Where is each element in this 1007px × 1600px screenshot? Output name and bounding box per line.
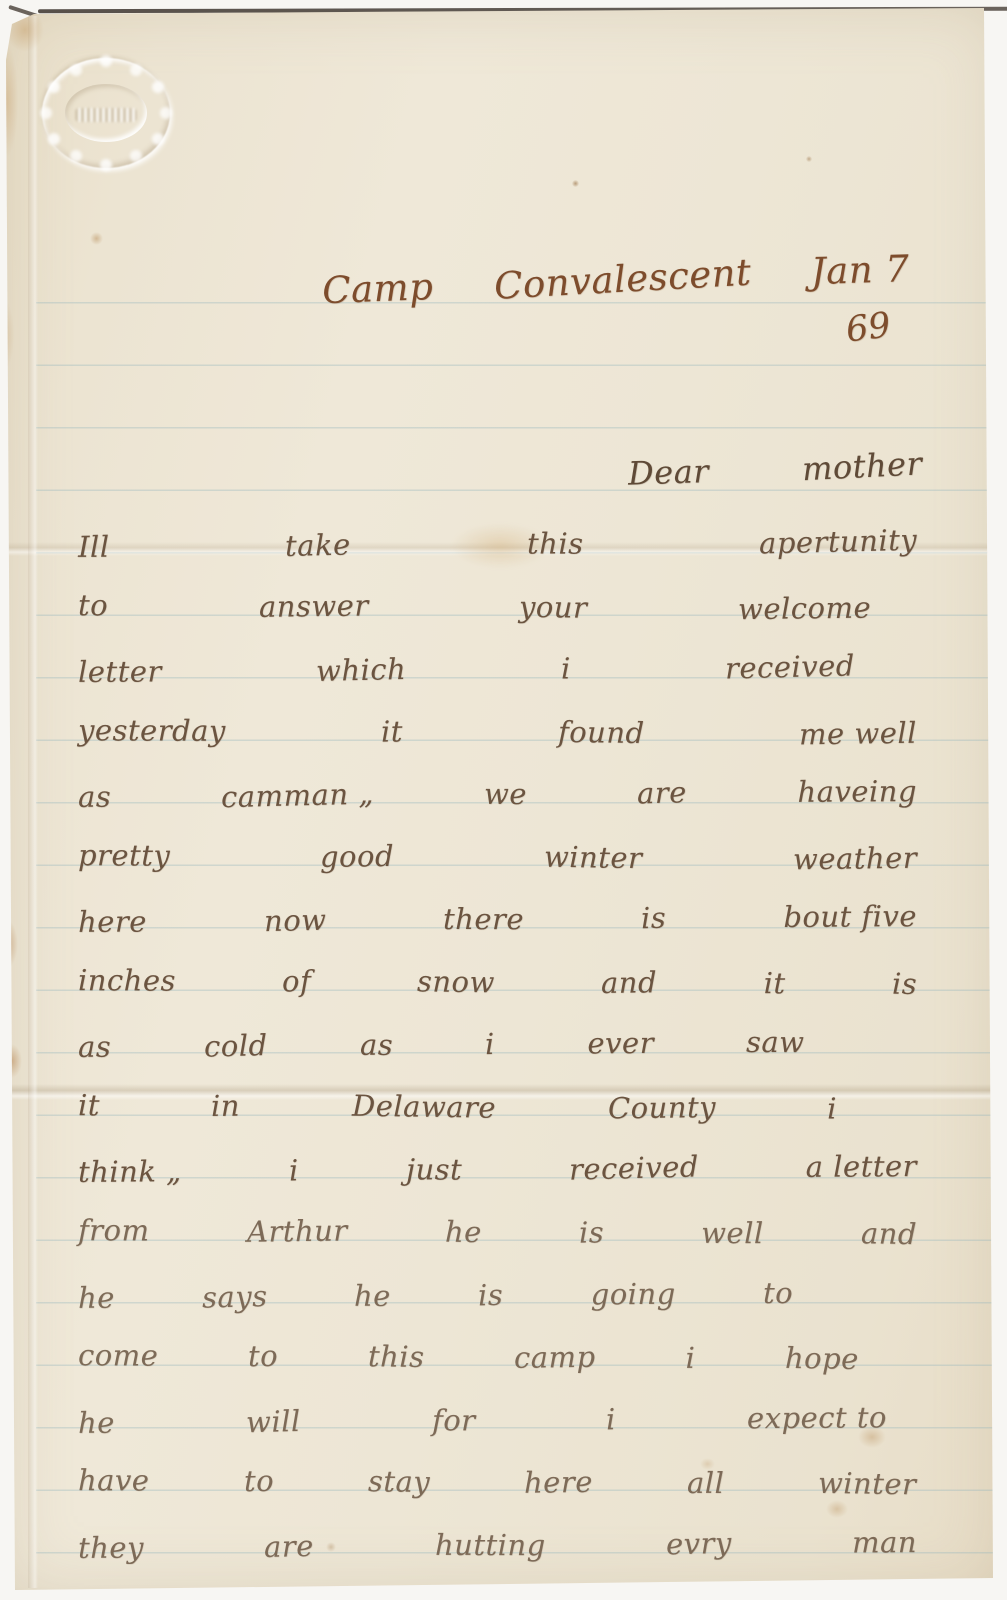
word: now (263, 902, 326, 938)
word: this (527, 526, 584, 560)
word: camman „ (221, 776, 375, 814)
word: he (78, 1405, 115, 1439)
word: mother (801, 444, 923, 488)
word: bout five (783, 899, 917, 934)
word: all (687, 1466, 724, 1500)
word: stay (368, 1464, 431, 1499)
word: snow (417, 964, 495, 999)
word: are (637, 775, 688, 810)
word: from (78, 1213, 150, 1247)
letter-line: letterwhichireceived (78, 632, 917, 700)
letter-line: hesaysheisgoingto (78, 1258, 917, 1326)
word: and (601, 965, 657, 1000)
stain (806, 156, 812, 162)
word: Arthur (247, 1213, 348, 1248)
stain (2, 1044, 22, 1078)
word: me well (799, 715, 917, 751)
word: of (282, 963, 312, 997)
word: i (827, 1091, 837, 1125)
word: and (861, 1216, 918, 1251)
word: welcome (738, 590, 872, 626)
stain (0, 46, 18, 156)
word: to (763, 1275, 793, 1309)
word: will (245, 1403, 300, 1438)
word: pretty (78, 837, 170, 871)
word: for (432, 1402, 476, 1436)
word: here (524, 1465, 593, 1500)
word: evry (665, 1525, 732, 1561)
word: County (607, 1089, 715, 1124)
word: saw (746, 1025, 805, 1059)
letter-line: prettygoodwinterweather (78, 821, 917, 887)
word: ever (587, 1026, 654, 1060)
stain (572, 180, 579, 187)
word: are (264, 1528, 315, 1563)
word: think „ (78, 1154, 182, 1189)
word: inches (78, 963, 176, 997)
scanned-letter-page: CampConvalescentJan 7 69 Dearmother Illt… (0, 0, 1007, 1600)
letter-line: toansweryourwelcome (78, 571, 917, 637)
word: he (354, 1278, 391, 1312)
word: man (852, 1524, 917, 1558)
stain (0, 918, 18, 970)
letter-line: think „ijustreceiveda letter (78, 1133, 917, 1201)
word: apertunity (758, 522, 917, 560)
word: is (892, 966, 918, 1000)
stain (0, 300, 14, 370)
word: he (444, 1214, 481, 1249)
word: hope (785, 1341, 859, 1376)
word: which (316, 651, 407, 687)
word: haveing (797, 774, 917, 809)
word: is (641, 900, 667, 935)
letter-paper: CampConvalescentJan 7 69 Dearmother Illt… (0, 0, 1007, 1600)
word: i (288, 1153, 299, 1187)
word: letter (78, 654, 162, 689)
word: Ill (78, 529, 110, 563)
left-fold-crease (28, 16, 38, 1588)
word: as (78, 779, 111, 813)
word: well (701, 1215, 764, 1249)
letter-line: inchesofsnowanditis (78, 946, 917, 1012)
word: received (568, 1149, 699, 1186)
stain (90, 232, 103, 245)
word: there (443, 902, 524, 936)
word: come (78, 1338, 159, 1372)
word: received (725, 648, 856, 685)
word: found (557, 714, 644, 749)
word: to (243, 1464, 274, 1498)
letter-line: herenowthereisbout five (78, 882, 917, 950)
word: just (405, 1152, 461, 1186)
word: Delaware (352, 1088, 497, 1124)
word: i (685, 1340, 695, 1374)
word: in (211, 1088, 240, 1122)
letter-line: ascamman „wearehaveing (78, 757, 917, 825)
word: expect to (747, 1399, 887, 1434)
word: answer (258, 588, 368, 623)
word: camp (514, 1339, 596, 1374)
word: yesterday (78, 712, 226, 747)
word: take (285, 527, 351, 563)
word: it (764, 966, 786, 1000)
word: this (368, 1339, 425, 1374)
word: have (78, 1463, 150, 1497)
word: to (78, 587, 108, 621)
word: good (320, 838, 394, 873)
letter-line: hewillforiexpect to (78, 1383, 917, 1451)
word: cold (203, 1028, 267, 1064)
dateline-year: 69 (844, 305, 893, 350)
letter-line: cometothiscampihope (78, 1321, 917, 1387)
seal-embossed-text (75, 108, 136, 122)
word: is (478, 1277, 504, 1312)
word: i (606, 1401, 617, 1435)
word: as (360, 1028, 393, 1062)
letter-line: ascoldasieversaw (78, 1007, 917, 1075)
letter-line: theyarehuttingevryman (78, 1508, 917, 1576)
word: Convalescent (493, 251, 752, 308)
word: Dear (627, 452, 709, 493)
word: says (202, 1278, 268, 1314)
word: he (78, 1280, 115, 1314)
word: as (78, 1030, 111, 1064)
word: they (78, 1530, 144, 1564)
word: winter (818, 1466, 917, 1501)
word: we (484, 777, 527, 811)
word: going (591, 1276, 676, 1311)
letter-line: yesterdayitfoundme well (78, 696, 917, 762)
stain (6, 8, 44, 52)
letter-line: fromArthurheiswelland (78, 1196, 917, 1262)
word: here (78, 904, 147, 938)
letter-line: Illtakethisapertunity (78, 507, 917, 575)
word: is (579, 1215, 605, 1249)
word: a letter (806, 1149, 918, 1184)
word: it (78, 1088, 100, 1122)
word: i (561, 651, 571, 685)
word: your (519, 589, 588, 624)
word: hutting (435, 1527, 546, 1561)
word: it (381, 714, 403, 748)
word: to (248, 1338, 279, 1372)
word: Jan 7 (811, 247, 911, 293)
word: weather (793, 840, 918, 876)
embossed-seal-icon (42, 58, 170, 168)
word: i (485, 1027, 496, 1061)
letter-body: Illtakethisapertunitytoansweryourwelcome… (78, 510, 917, 1573)
letter-line: itinDelawareCountyi (78, 1071, 917, 1137)
word: winter (544, 839, 643, 874)
letter-line: havetostayhereallwinter (78, 1446, 917, 1512)
word: Camp (321, 265, 434, 312)
